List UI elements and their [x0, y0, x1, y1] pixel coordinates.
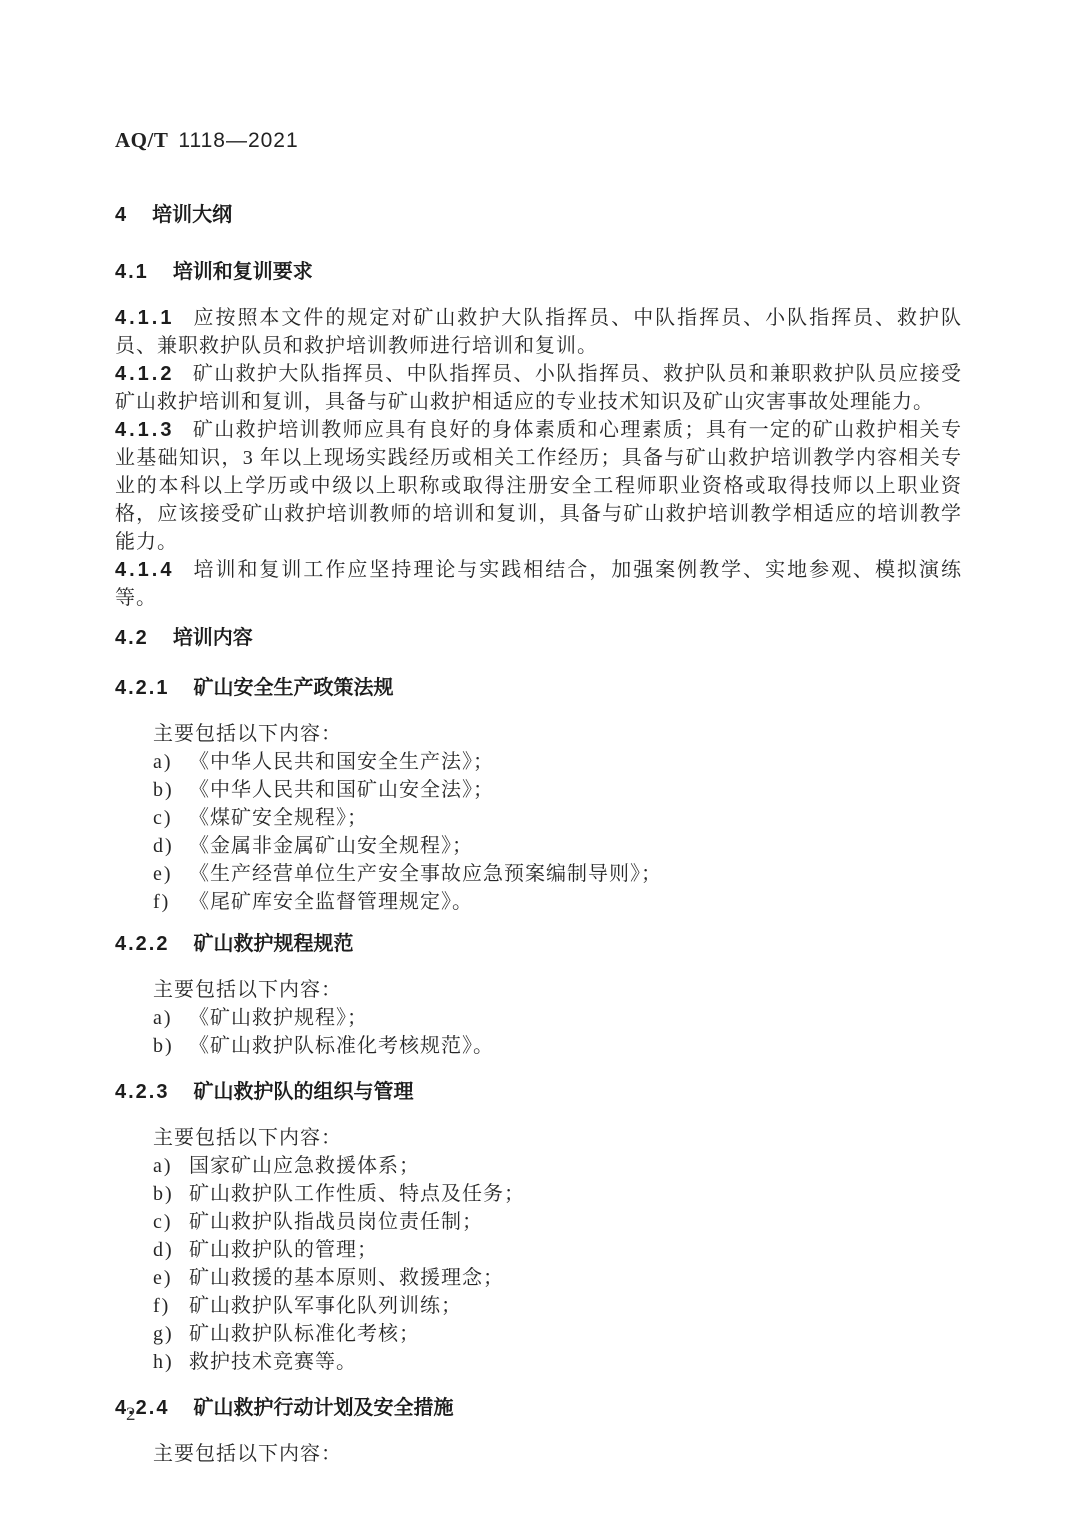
lead-4-2-1: 主要包括以下内容：: [153, 720, 962, 748]
section-4-2-1-title: 矿山安全生产政策法规: [193, 677, 393, 699]
list-item: a)国家矿山应急救援体系；: [153, 1152, 962, 1180]
list-text: 国家矿山应急救援体系；: [189, 1155, 420, 1177]
clause-4-1-3-text: 矿山救护培训教师应具有良好的身体素质和心理素质；具有一定的矿山救护相关专业基础知…: [115, 419, 962, 553]
list-item: c)《煤矿安全规程》；: [153, 804, 962, 832]
list-text: 救护技术竞赛等。: [189, 1351, 357, 1373]
clause-4-1-1-text: 应按照本文件的规定对矿山救护大队指挥员、中队指挥员、小队指挥员、救护队员、兼职救…: [115, 307, 962, 357]
list-marker: e): [153, 860, 189, 888]
list-text: 《生产经营单位生产安全事故应急预案编制导则》；: [189, 863, 662, 885]
list-text: 《煤矿安全规程》；: [189, 807, 368, 829]
list-item: h)救护技术竞赛等。: [153, 1348, 962, 1376]
section-4-1-title: 培训和复训要求: [173, 261, 313, 283]
list-marker: d): [153, 1236, 189, 1264]
list-text: 矿山救护队标准化考核；: [189, 1323, 420, 1345]
list-item: b)《矿山救护队标准化考核规范》。: [153, 1032, 962, 1060]
section-4-1-heading: 4.1培训和复训要求: [115, 260, 962, 284]
section-4-1-number: 4.1: [115, 261, 149, 283]
list-item: e)矿山救援的基本原则、救援理念；: [153, 1264, 962, 1292]
list-marker: b): [153, 1180, 189, 1208]
list-text: 《矿山救护规程》；: [189, 1007, 368, 1029]
list-marker: c): [153, 804, 189, 832]
lead-4-2-4: 主要包括以下内容：: [153, 1440, 962, 1468]
list-text: 《金属非金属矿山安全规程》；: [189, 835, 473, 857]
section-4-2-4-heading: 4.2.4矿山救护行动计划及安全措施: [115, 1396, 962, 1420]
clause-4-1-3-number: 4.1.3: [115, 419, 174, 441]
clause-4-1-1-number: 4.1.1: [115, 307, 174, 329]
list-marker: g): [153, 1320, 189, 1348]
list-marker: c): [153, 1208, 189, 1236]
list-marker: a): [153, 1004, 189, 1032]
list-item: f)《尾矿库安全监督管理规定》。: [153, 888, 962, 916]
clause-4-1-4: 4.1.4培训和复训工作应坚持理论与实践相结合，加强案例教学、实地参观、模拟演练…: [115, 556, 962, 612]
list-text: 《中华人民共和国矿山安全法》；: [189, 779, 494, 801]
list-marker: h): [153, 1348, 189, 1376]
list-marker: b): [153, 776, 189, 804]
list-text: 矿山救援的基本原则、救援理念；: [189, 1267, 504, 1289]
lead-4-2-3: 主要包括以下内容：: [153, 1124, 962, 1152]
section-4-2-1-heading: 4.2.1矿山安全生产政策法规: [115, 676, 962, 700]
list-text: 矿山救护队军事化队列训练；: [189, 1295, 462, 1317]
list-marker: a): [153, 748, 189, 776]
section-4-2-4-title: 矿山救护行动计划及安全措施: [193, 1397, 453, 1419]
clause-4-1-4-text: 培训和复训工作应坚持理论与实践相结合，加强案例教学、实地参观、模拟演练等。: [115, 559, 962, 609]
section-4-2-2-heading: 4.2.2矿山救护规程规范: [115, 932, 962, 956]
list-text: 矿山救护队的管理；: [189, 1239, 378, 1261]
clause-4-1-2-text: 矿山救护大队指挥员、中队指挥员、小队指挥员、救护队员和兼职救护队员应接受矿山救护…: [115, 363, 962, 413]
clause-4-1-3: 4.1.3矿山救护培训教师应具有良好的身体素质和心理素质；具有一定的矿山救护相关…: [115, 416, 962, 556]
section-4-title: 培训大纲: [152, 204, 232, 226]
clause-4-1-4-number: 4.1.4: [115, 559, 174, 581]
list-item: d)《金属非金属矿山安全规程》；: [153, 832, 962, 860]
section-4-2-title: 培训内容: [173, 627, 253, 649]
list-marker: f): [153, 1292, 189, 1320]
list-marker: d): [153, 832, 189, 860]
list-4-2-3: a)国家矿山应急救援体系； b)矿山救护队工作性质、特点及任务； c)矿山救护队…: [153, 1152, 962, 1376]
section-4-2-number: 4.2: [115, 627, 149, 649]
list-item: b)矿山救护队工作性质、特点及任务；: [153, 1180, 962, 1208]
standard-code-prefix: AQ/T: [115, 128, 168, 152]
list-text: 《尾矿库安全监督管理规定》。: [189, 891, 473, 913]
list-marker: a): [153, 1152, 189, 1180]
list-4-2-1: a)《中华人民共和国安全生产法》； b)《中华人民共和国矿山安全法》； c)《煤…: [153, 748, 962, 916]
section-4-2-2-number: 4.2.2: [115, 933, 169, 955]
list-marker: e): [153, 1264, 189, 1292]
list-item: e)《生产经营单位生产安全事故应急预案编制导则》；: [153, 860, 962, 888]
clause-4-1-2: 4.1.2矿山救护大队指挥员、中队指挥员、小队指挥员、救护队员和兼职救护队员应接…: [115, 360, 962, 416]
section-4-heading: 4培训大纲: [115, 203, 962, 227]
section-4-2-heading: 4.2培训内容: [115, 626, 962, 650]
clause-4-1-1: 4.1.1应按照本文件的规定对矿山救护大队指挥员、中队指挥员、小队指挥员、救护队…: [115, 304, 962, 360]
section-4-number: 4: [115, 204, 128, 226]
document-page: AQ/T1118—2021 4培训大纲 4.1培训和复训要求 4.1.1应按照本…: [0, 0, 1080, 1527]
list-4-2-2: a)《矿山救护规程》； b)《矿山救护队标准化考核规范》。: [153, 1004, 962, 1060]
clause-block: 4.1.1应按照本文件的规定对矿山救护大队指挥员、中队指挥员、小队指挥员、救护队…: [115, 304, 962, 612]
list-item: f)矿山救护队军事化队列训练；: [153, 1292, 962, 1320]
standard-code: AQ/T1118—2021: [115, 128, 962, 153]
list-text: 《中华人民共和国安全生产法》；: [189, 751, 494, 773]
section-4-2-3-heading: 4.2.3矿山救护队的组织与管理: [115, 1080, 962, 1104]
page-content: AQ/T1118—2021 4培训大纲 4.1培训和复训要求 4.1.1应按照本…: [0, 0, 1080, 1468]
section-4-2-3-title: 矿山救护队的组织与管理: [193, 1081, 413, 1103]
lead-4-2-2: 主要包括以下内容：: [153, 976, 962, 1004]
list-text: 矿山救护队指战员岗位责任制；: [189, 1211, 483, 1233]
section-4-2-2-title: 矿山救护规程规范: [193, 933, 353, 955]
list-text: 《矿山救护队标准化考核规范》。: [189, 1035, 494, 1057]
standard-code-number: 1118—2021: [178, 129, 298, 152]
page-number: 2: [126, 1404, 136, 1426]
clause-4-1-2-number: 4.1.2: [115, 363, 174, 385]
list-text: 矿山救护队工作性质、特点及任务；: [189, 1183, 525, 1205]
section-4-2-4-number: 4.2.4: [115, 1397, 169, 1419]
section-4-2-3-number: 4.2.3: [115, 1081, 169, 1103]
list-item: d)矿山救护队的管理；: [153, 1236, 962, 1264]
list-item: c)矿山救护队指战员岗位责任制；: [153, 1208, 962, 1236]
list-item: a)《中华人民共和国安全生产法》；: [153, 748, 962, 776]
list-item: g)矿山救护队标准化考核；: [153, 1320, 962, 1348]
list-item: a)《矿山救护规程》；: [153, 1004, 962, 1032]
list-item: b)《中华人民共和国矿山安全法》；: [153, 776, 962, 804]
section-4-2-1-number: 4.2.1: [115, 677, 169, 699]
list-marker: b): [153, 1032, 189, 1060]
list-marker: f): [153, 888, 189, 916]
